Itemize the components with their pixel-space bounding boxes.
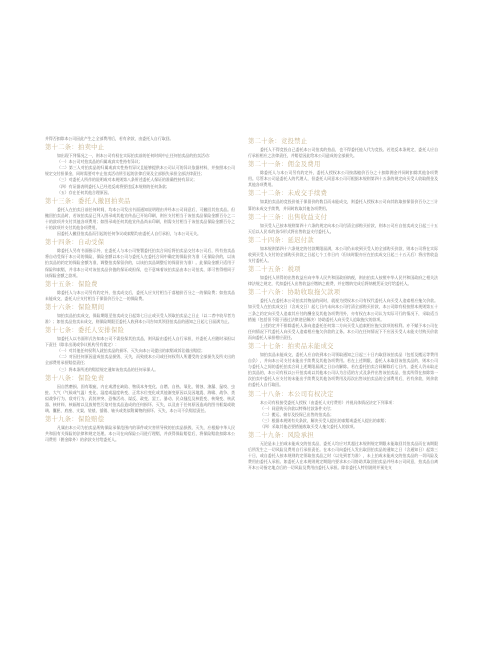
paragraph: 因自然磨损、固有瑕疵、内在或潜在缺陷、物质本身变化、自燃、自热、氧化、锈蚀、渗漏… [45,384,235,414]
left-column: 并得否扣除本公司因此产生之全部费用后，若有余款，由委托人自行取回。第十二条：拍卖… [45,136,235,443]
article-heading: 第二十七条：拍卖品未能成交 [248,342,438,351]
article-heading: 第二十二条：未成交手续费 [248,189,438,198]
paragraph: （二）第三人对拍卖品的归属或真实性持有异议且能够提供本公司认可的异议依据材料，并… [45,165,235,177]
paragraph: 因委托人撤回拍卖品而引起的任何争议或索赔均由委托人自行承担，与本公司无关。 [45,231,235,237]
article-heading: 第二十六条：协助收取拖欠款项 [248,288,438,297]
article-heading: 第二十四条：延迟付款 [248,236,438,245]
paragraph: （五）存在任何其他合理原因。 [45,190,235,196]
paragraph: 委托人在拍卖日前任何时间，均本公司发出书面通知说明理由并经本公司同意后，可撤回其… [45,207,235,231]
document-page: 并得否扣除本公司因此产生之全部费用后，若有余款，由委托人自行取回。第十二条：拍卖… [0,0,480,651]
paragraph: 委托人在委托本公司拍卖其物品的同时，就视为授权本公司有权代委托人向买受人追索相应… [248,298,438,322]
paragraph: 凡属由本公司为拍卖品所购保险承保范围内的事件或灾害所导致的拍卖品损毁、灭失，应根… [45,425,235,443]
article-heading: 第十九条：保险赔偿 [45,415,235,424]
right-column: 第二十条：竞投禁止委托人不得竞投自己委托本公司拍卖的拍品，也不得委托他人代为竞投… [248,136,438,471]
article-heading: 第二十一条：佣金及费用 [248,160,438,169]
paragraph: 如本规则第四十六条规定的付款期限届满，本公司仍未收到买受人的全部购买价款，则本公… [248,246,438,264]
paragraph: 如委托人以书面形式告知本公司不需投保其拍卖品，则风险由委托人自行承担，并委托人应… [45,336,235,348]
paragraph: 如拍卖品拍卖成交，保险期限至拍卖成交日起第七日止或买受人领取拍卖品之日止（以二者… [45,313,235,325]
article-heading: 第十七条：委托人安排保险 [45,326,235,335]
paragraph: 并得否扣除本公司因此产生之全部费用后，若有余款，由委托人自行取回。 [45,136,235,142]
article-heading: 第十四条：自动受保 [45,238,235,247]
article-heading: 第十二条：拍卖中止 [45,143,235,152]
article-heading: 第二十五条：税项 [248,265,438,274]
paragraph: 如买受人已按本规则第四十六条的规定向本公司付清全部购买价款，则本公司应自拍卖成交… [248,223,438,235]
paragraph: 除委托人与本公司另有约定外，拍卖成交后，委托人应支付相当于落槌价百分之一的保险费… [45,290,235,302]
paragraph: （三）将本条所述的赔偿规定通知该拍卖品的任何承保人。 [45,367,235,373]
article-heading: 第十六条：保险期间 [45,303,235,312]
article-heading: 第二十九条：风险承担 [248,431,438,440]
paragraph: 除委托人另有书面指示外，在委托人与本公司签署委托拍卖合同后将拍卖品交付本公司后，… [45,248,235,278]
paragraph: 委托人不得竞投自己委托本公司拍卖的拍品，也不得委托他人代为竞投。若违反本条规定，… [248,147,438,159]
article-heading: 第二十八条：本公司有权决定 [248,390,438,399]
article-heading: 第二十条：竞投禁止 [248,137,438,146]
paragraph: 上述约定并不排除委托人条向追委托任何第二方向买受人追索相应拖欠款项的权利。亦不赋… [248,323,438,341]
paragraph: 除委托人与本公司另有约定外，委托人授权本公司按落槌价百分之十扣除佣金并同时扣除其… [248,170,438,188]
paragraph: 如某拍卖品的竞投价低于保留价的数目而未能成交，则委托人授权本公司向其收取按保留价… [248,199,438,211]
paragraph: （二）对因任何原因造成拍卖品损毁、灭失，而致使本公司或任何权利人所遭受的全部损失… [45,354,235,366]
paragraph: 如拍卖品未能成交，委托人应自收到本公司领取通知之日起三十日内取回该拍卖品（包括及… [248,352,438,389]
article-heading: 第二十三条：出售收益支付 [248,213,438,222]
article-heading: 第十八条：保险免责 [45,374,235,383]
paragraph: 无论是未上拍或未能成交的拍卖品，委托人均应对其超过本规则规定期限未能取回其拍卖品… [248,441,438,471]
paragraph: 如委托人所得的出售收益应向中华人民共和国政府纳税，则由拍卖人按照中华人民共和国政… [248,275,438,287]
article-heading: 第十五条：保险费 [45,280,235,289]
article-heading: 第十三条：委托人撤回拍卖品 [45,197,235,206]
paragraph: （四）采取其他必要措施收取买受人拖欠委托人的款项。 [248,424,438,430]
